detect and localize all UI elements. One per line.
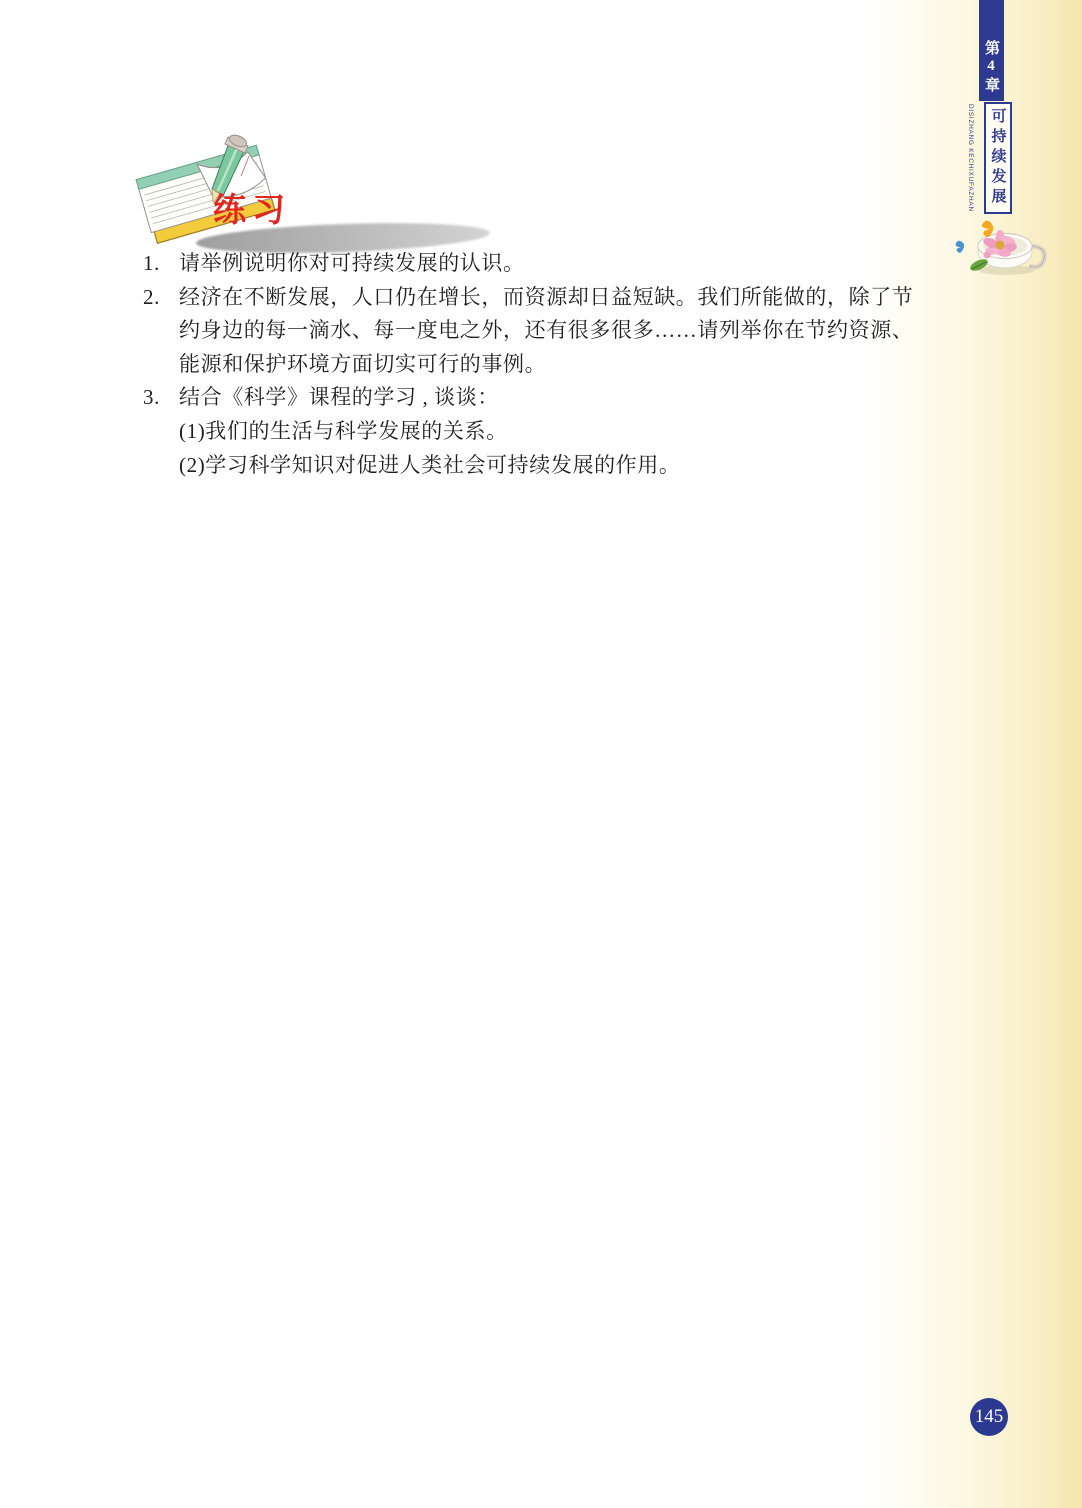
item-text: 约身边的每一滴水、每一度电之外，还有很多很多……请列举你在节约资源、 xyxy=(179,314,955,348)
chapter-title-box: 可持续发展 xyxy=(984,102,1012,214)
item-number: 1. xyxy=(143,247,179,281)
exercise-item-3-sub-1: (1)我们的生活与科学发展的关系。 xyxy=(143,415,955,449)
teacup-flower-image xyxy=(950,214,1050,278)
textbook-page: 第4章 DISIZHANG KECHIXUFAZHAN 可持续发展 xyxy=(0,0,1082,1508)
butterfly-blue-icon xyxy=(956,241,964,253)
chapter-label: 第4章 xyxy=(981,40,1002,95)
item-text: 经济在不断发展，人口仍在增长，而资源却日益短缺。我们所能做的，除了节 xyxy=(179,281,955,315)
page-number: 145 xyxy=(975,1406,1004,1428)
butterfly-orange-icon xyxy=(982,221,993,238)
chapter-title: 可持续发展 xyxy=(988,108,1009,208)
chapter-banner: 第4章 xyxy=(979,0,1004,101)
item-text: 请举例说明你对可持续发展的认识。 xyxy=(179,247,955,281)
exercise-item-1: 1. 请举例说明你对可持续发展的认识。 xyxy=(143,247,955,281)
exercise-item-3-sub-2: (2)学习科学知识对促进人类社会可持续发展的作用。 xyxy=(143,449,955,483)
exercise-item-2-line-3: 能源和保护环境方面切实可行的事例。 xyxy=(143,348,955,382)
exercise-item-3: 3. 结合《科学》课程的学习 , 谈谈： xyxy=(143,381,955,415)
exercise-item-2: 2. 经济在不断发展，人口仍在增长，而资源却日益短缺。我们所能做的，除了节 xyxy=(143,281,955,315)
item-text: (2)学习科学知识对促进人类社会可持续发展的作用。 xyxy=(179,449,955,483)
item-number: 2. xyxy=(143,281,179,315)
exercise-item-2-line-2: 约身边的每一滴水、每一度电之外，还有很多很多……请列举你在节约资源、 xyxy=(143,314,955,348)
page-number-badge: 145 xyxy=(970,1398,1008,1436)
exercise-title: 练习 xyxy=(213,184,291,231)
item-number: 3. xyxy=(143,381,179,415)
item-text: (1)我们的生活与科学发展的关系。 xyxy=(179,415,955,449)
chapter-pinyin: DISIZHANG KECHIXUFAZHAN xyxy=(967,104,974,222)
item-text: 能源和保护环境方面切实可行的事例。 xyxy=(179,348,955,382)
exercise-list: 1. 请举例说明你对可持续发展的认识。 2. 经济在不断发展，人口仍在增长，而资… xyxy=(143,247,955,482)
item-text: 结合《科学》课程的学习 , 谈谈： xyxy=(179,381,955,415)
